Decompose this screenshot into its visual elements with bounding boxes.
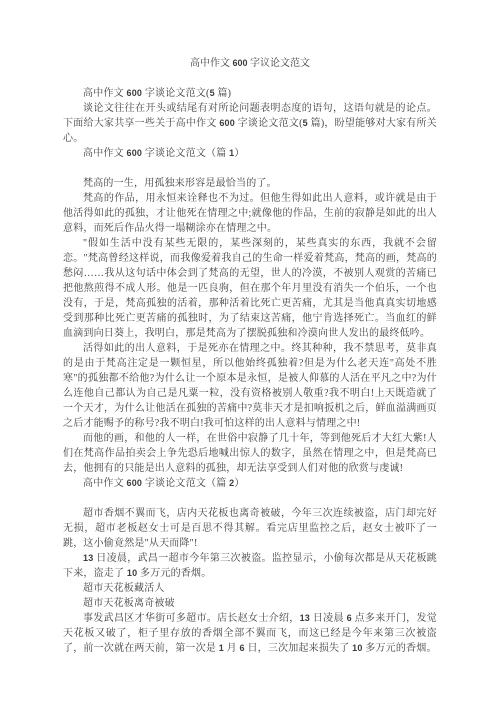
essay2-paragraph-1: 超市香烟不翼而飞，店内天花板也离奇被破，今年三次连续被盗，店门却完好无损，超市老… <box>63 506 437 551</box>
essay2-heading: 高中作文 600 字谈论文范文（篇 2） <box>63 476 437 491</box>
intro-paragraph: 谈论文往往在开头或结尾有对所论问题表明态度的语句，这语句就是的论点。下面给大家共… <box>63 101 437 146</box>
essay2-paragraph-3: 事发武昌区才华街可多超市。店长赵女士介绍，13 日凌晨 6 点多来开门，发觉天花… <box>63 611 437 656</box>
subtitle-line: 高中作文 600 字谈论文范文(5 篇) <box>63 86 437 101</box>
essay1-heading: 高中作文 600 字谈论文范文（篇 1） <box>63 146 437 161</box>
essay1-paragraph-2: 梵高的作品，用永恒来诠释也不为过。但他生得如此出人意料，或许就是由于他活得如此的… <box>63 191 437 236</box>
document-body: 高中作文 600 字谈论文范文(5 篇) 谈论文往往在开头或结尾有对所论问题表明… <box>63 86 437 656</box>
document-title: 高中作文 600 字议论文范文 <box>63 56 437 71</box>
essay1-paragraph-4: 活得如此的出人意料，于是死亦在情理之中。终其种种，我不禁思考，莫非真的是由于梵高… <box>63 341 437 431</box>
essay1-paragraph-5: 而他的画，和他的人一样，在世俗中寂静了几十年，等到他死后才大红大紫!人们在梵高作… <box>63 431 437 476</box>
essay1-paragraph-1: 梵高的一生，用孤独来形容是最恰当的了。 <box>63 176 437 191</box>
document-page: 高中作文 600 字议论文范文 高中作文 600 字谈论文范文(5 篇) 谈论文… <box>0 0 500 707</box>
essay2-subheading-1: 超市天花板藏活人 <box>63 581 437 596</box>
essay1-paragraph-3: "假如生活中没有某些无限的，某些深刻的，某些真实的东西，我就不会留恋。"梵高曾经… <box>63 236 437 341</box>
essay2-paragraph-2: 13 日凌晨，武昌一超市今年第三次被盗。监控显示，小偷每次都是从天花板跳下来，盗… <box>63 551 437 581</box>
essay2-subheading-2: 超市天花板离奇被破 <box>63 596 437 611</box>
